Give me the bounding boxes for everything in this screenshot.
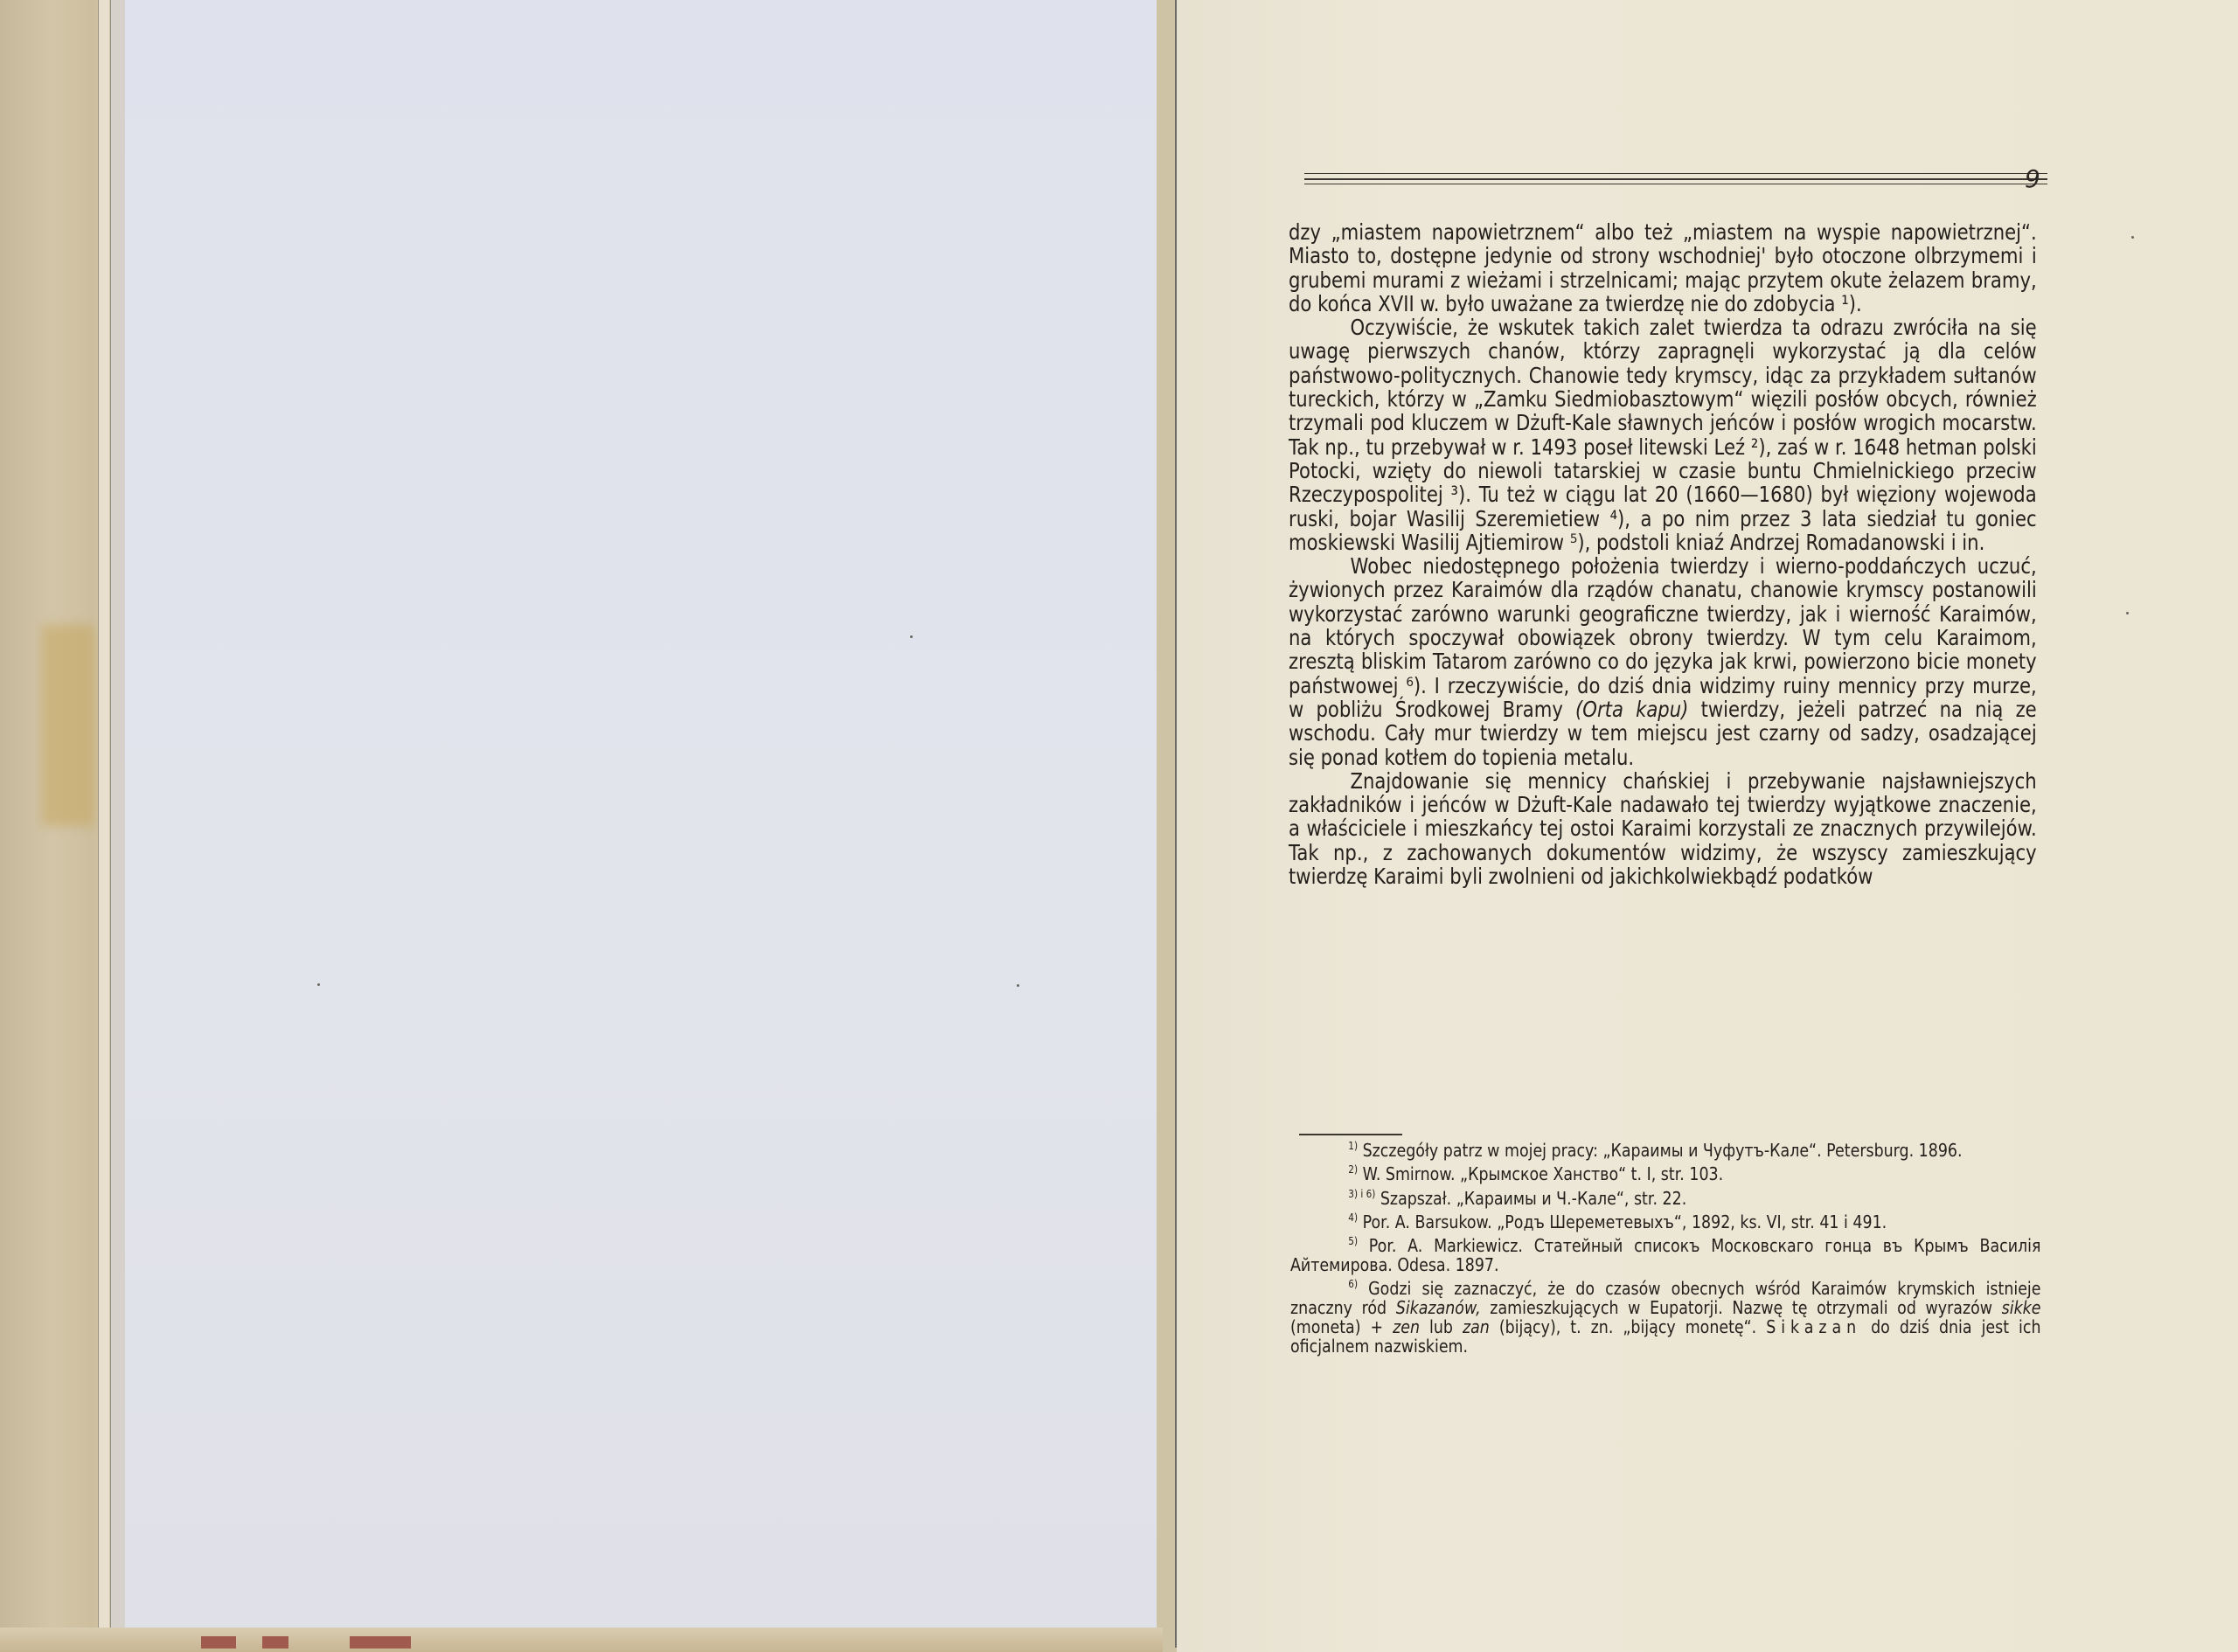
footnote: 2) W. Smirnow. „Крымское Ханство“ t. I, … [1290,1165,2041,1184]
body-text: dzy „miastem napowietrznem“ albo też „mi… [1289,220,2037,888]
speck [910,635,913,638]
footnote: 6) Godzi się zaznaczyć, że do czasów obe… [1290,1280,2041,1356]
footnote-text: W. Smirnow. „Крымское Ханство“ t. I, str… [1363,1163,1724,1184]
speck [2126,612,2129,614]
page-number: 9 [2025,164,2040,193]
edge-fragment [201,1636,236,1649]
speck [1017,984,1019,987]
footnotes: 1) Szczegóły patrz w mojej pracy: „Караи… [1290,1142,2041,1361]
footnote-mark: 6) [1348,1278,1358,1290]
book-bottom-edge [0,1628,1163,1652]
edge-fragment [350,1636,411,1649]
footnote-text: (moneta) + [1290,1316,1393,1337]
footnote: 5) Por. A. Markiewicz. Статейный списокъ… [1290,1237,2041,1275]
footnote: 4) Por. A. Barsukow. „Родъ Шереметевыхъ“… [1290,1213,2041,1232]
page-edge [110,0,126,1635]
water-stain [42,625,94,826]
footnote-rule [1299,1134,1402,1135]
footnote-text: Szczegóły patrz w mojej pracy: „Караимы … [1363,1140,1963,1161]
italic-term: zan [1463,1316,1490,1337]
footnote-text: lub [1420,1316,1463,1337]
footnote-text: Por. A. Markiewicz. Статейный списокъ Мо… [1290,1235,2040,1275]
footnote-text: Por. A. Barsukow. „Родъ Шереметевыхъ“, 1… [1363,1211,1887,1232]
edge-fragment [262,1636,288,1649]
page-edge [98,0,109,1635]
left-page-blank [125,0,1157,1629]
paragraph: Oczywiście, że wskutek takich zalet twie… [1289,316,2037,554]
footnote: 3) i 6) Szapszał. „Караимы и Ч.-Кале“, s… [1290,1190,2041,1209]
italic-term: sikke [2002,1297,2041,1318]
footnote-mark: 2) [1348,1163,1358,1176]
speck [2131,236,2134,239]
paragraph: Wobec niedostępnego położenia twierdzy i… [1289,554,2037,769]
italic-term: Sikazanów, [1396,1297,1481,1318]
footnote-text: (bijący), t. zn. „bijący monetę“. [1490,1316,1766,1337]
footnote-text: zamieszkujących w Eupatorji. Nazwę tę ot… [1481,1297,2002,1318]
footnote: 1) Szczegóły patrz w mojej pracy: „Караи… [1290,1142,2041,1161]
italic-term: zen [1393,1316,1420,1337]
paragraph: dzy „miastem napowietrznem“ albo też „mi… [1289,220,2037,316]
footnote-mark: 3) i 6) [1348,1188,1375,1200]
spaced-term: Sikazan [1766,1316,1861,1337]
footnote-mark: 5) [1348,1235,1358,1247]
italic-term: (Orta kapu) [1575,697,1688,722]
footnote-text: Szapszał. „Караимы и Ч.-Кале“, str. 22. [1380,1188,1686,1209]
footnote-mark: 1) [1348,1140,1358,1152]
footnote-mark: 4) [1348,1211,1358,1224]
paragraph: Znajdowanie się mennicy chańskiej i prze… [1289,769,2037,888]
speck [317,983,320,986]
page-header-rule [1304,168,2047,194]
